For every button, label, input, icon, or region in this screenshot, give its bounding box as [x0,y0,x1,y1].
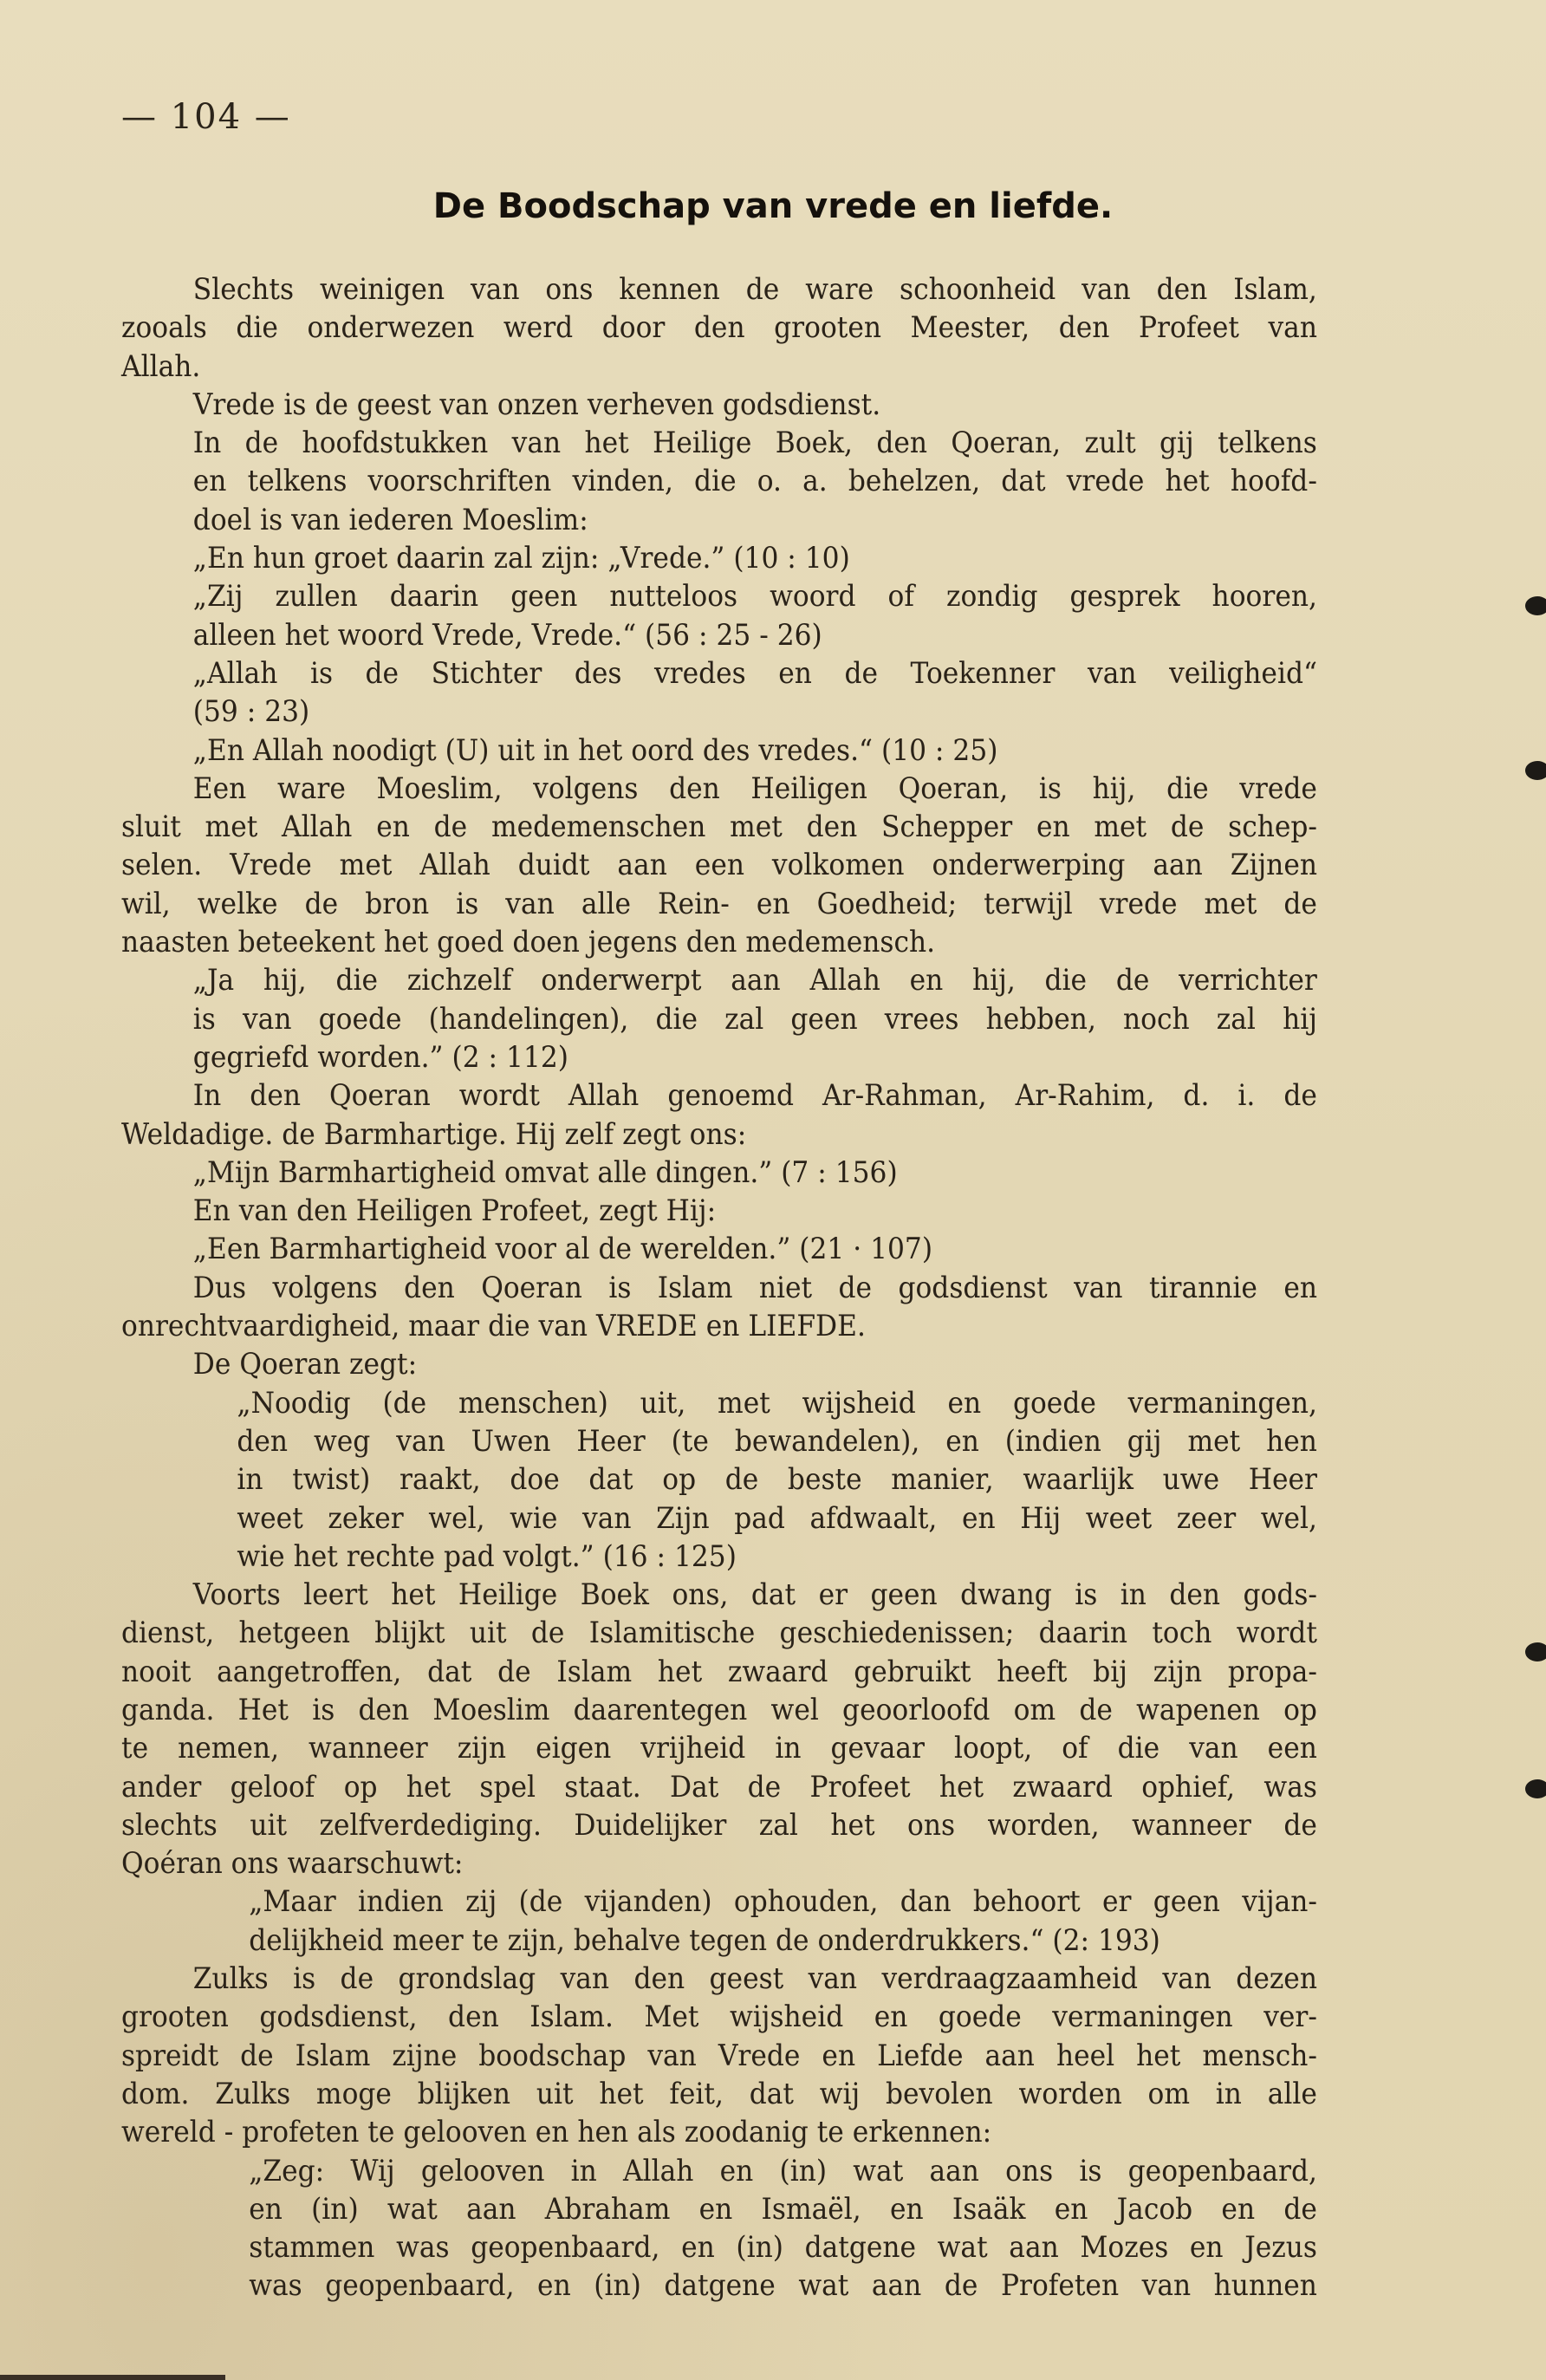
text-line: isvangoede(handelingen),diezalgeenvreesh… [121,1000,1317,1038]
text-line: dom.Zulksmogeblijkenuithetfeit,datwijbev… [121,2075,1317,2113]
text-line: wasgeopenbaard,en(in)datgenewataandeProf… [121,2266,1317,2305]
text-line: entelkensvoorschriftenvinden,dieo.a.behe… [121,462,1317,500]
text-line: IndehoofdstukkenvanhetHeiligeBoek,denQoe… [121,424,1317,462]
text-line: nooitaangetroffen,datdeIslamhetzwaardgeb… [121,1653,1317,1691]
text-line: Allah. [121,348,1317,386]
text-line: „Zeg:WijgelooveninAllahen(in)wataanonsis… [121,2152,1317,2190]
text-line: en(in)wataanAbrahamenIsmaël,enIsaäkenJac… [121,2190,1317,2228]
text-line: Qoéran ons waarschuwt: [121,1844,1317,1883]
text-line: spreidtdeIslamzijneboodschapvanVredeenLi… [121,2037,1317,2075]
text-line: stammenwasgeopenbaard,en(in)datgenewataa… [121,2228,1317,2266]
text-line: Vrede is de geest van onzen verheven god… [121,386,1317,424]
page-edge-shadow [0,2375,225,2380]
text-line: wil,welkedebronisvanalleRein-enGoedheid;… [121,885,1317,923]
binding-hole-icon [1525,1779,1546,1798]
text-line: Weldadige. de Barmhartige. Hij zelf zegt… [121,1115,1317,1154]
page-number: — 104 — [121,97,291,137]
text-line: weetzekerwel,wievanZijnpadafdwaalt,enHij… [121,1499,1317,1538]
text-line: „AllahisdeStichterdesvredesendeToekenner… [121,654,1317,693]
text-line: zooalsdieonderwezenwerddoordengrootenMee… [121,309,1317,347]
text-line: intwist)raakt,doedatopdebestemanier,waar… [121,1460,1317,1499]
document-page: — 104 — De Boodschap van vrede en liefde… [0,0,1546,2380]
text-line: onrechtvaardigheid, maar die van VREDE e… [121,1307,1317,1345]
text-line: Zulksisdegrondslagvandengeestvanverdraag… [121,1960,1317,1998]
text-line: En van den Heiligen Profeet, zegt Hij: [121,1192,1317,1230]
text-line: alleen het woord Vrede, Vrede.“ (56 : 25… [121,616,1317,654]
text-line: „En Allah noodigt (U) uit in het oord de… [121,732,1317,770]
text-line: wie het rechte pad volgt.” (16 : 125) [121,1538,1317,1576]
text-line: IndenQoeranwordtAllahgenoemdAr-Rahman,Ar… [121,1076,1317,1115]
text-line: denwegvanUwenHeer(tebewandelen),en(indie… [121,1422,1317,1460]
text-line: (59 : 23) [121,693,1317,731]
text-line: „Zijzullendaaringeennuttelooswoordofzond… [121,577,1317,615]
text-line: naasten beteekent het goed doen jegens d… [121,923,1317,961]
body-text: Slechtsweinigenvanonskennendewareschoonh… [121,270,1317,2305]
text-line: DusvolgensdenQoeranisIslamnietdegodsdien… [121,1269,1317,1307]
text-line: sluitmetAllahendemedemenschenmetdenSchep… [121,808,1317,846]
text-line: delijkheid meer te zijn, behalve tegen d… [121,1922,1317,1960]
chapter-title: De Boodschap van vrede en liefde. [0,186,1546,226]
text-line: selen.VredemetAllahduidtaaneenvolkomenon… [121,846,1317,884]
text-line: doel is van iederen Moeslim: [121,501,1317,539]
text-line: Slechtsweinigenvanonskennendewareschoonh… [121,270,1317,309]
text-line: grootengodsdienst,denIslam.Metwijsheiden… [121,1998,1317,2036]
text-line: tenemen,wanneerzijneigenvrijheidingevaar… [121,1729,1317,1767]
binding-hole-icon [1525,761,1546,780]
binding-hole-icon [1525,596,1546,615]
text-line: „Noodig(demenschen)uit,metwijsheidengoed… [121,1384,1317,1422]
text-line: „En hun groet daarin zal zijn: „Vrede.” … [121,539,1317,577]
text-line: VoortsleerthetHeiligeBoekons,datergeendw… [121,1576,1317,1614]
text-line: „Een Barmhartigheid voor al de werelden.… [121,1230,1317,1268]
text-line: „Jahij,diezichzelfonderwerptaanAllahenhi… [121,961,1317,999]
text-line: „Mijn Barmhartigheid omvat alle dingen.”… [121,1154,1317,1192]
text-line: gegriefd worden.” (2 : 112) [121,1038,1317,1076]
text-line: dienst,hetgeenblijktuitdeIslamitischeges… [121,1614,1317,1652]
text-line: wereld - profeten te gelooven en hen als… [121,2113,1317,2151]
text-line: ganda.HetisdenMoeslimdaarentegenwelgeoor… [121,1691,1317,1729]
binding-hole-icon [1525,1642,1546,1661]
text-line: EenwareMoeslim,volgensdenHeiligenQoeran,… [121,770,1317,808]
text-line: De Qoeran zegt: [121,1345,1317,1383]
text-line: „Maarindienzij(devijanden)ophouden,danbe… [121,1883,1317,1921]
text-line: slechtsuitzelfverdediging.Duidelijkerzal… [121,1806,1317,1844]
text-line: andergeloofophetspelstaat.DatdeProfeethe… [121,1768,1317,1806]
